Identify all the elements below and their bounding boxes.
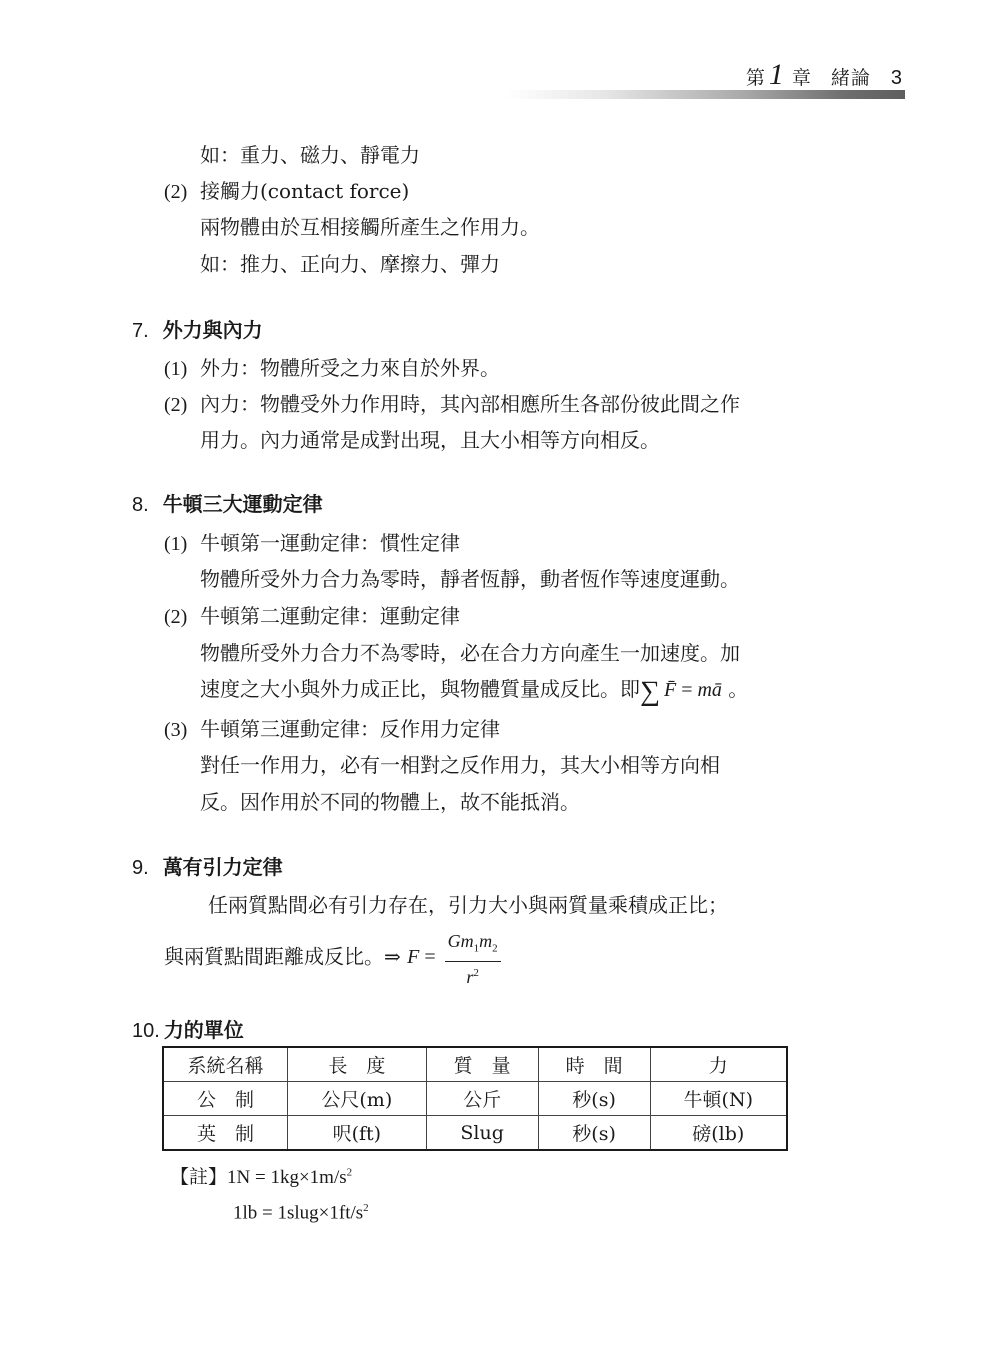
fraction: Gm1m2 r2 xyxy=(445,930,501,988)
item-text: 內力：物體受外力作用時，其內部相應所生各部份彼此間之作 xyxy=(200,392,740,416)
subscript-2: 2 xyxy=(492,943,498,955)
table-header-cell: 時 間 xyxy=(538,1047,650,1082)
table-header-cell: 長 度 xyxy=(288,1047,427,1082)
table-cell: 秒(s) xyxy=(538,1116,650,1151)
section7-item2-cont: 用力。內力通常是成對出現，且大小相等方向相反。 xyxy=(200,427,660,453)
gravitation-formula: F = Gm1m2 r2 xyxy=(407,946,501,968)
force-vector: F̄ xyxy=(664,679,676,701)
item-title: 接觸力(contact force) xyxy=(200,179,409,203)
page-number: 3 xyxy=(891,67,902,90)
note-label: 【註】 xyxy=(170,1167,227,1188)
item-text: 牛頓第二運動定律：運動定律 xyxy=(200,604,460,628)
table-header-cell: 系統名稱 xyxy=(163,1047,288,1082)
table-cell: 公 制 xyxy=(163,1082,288,1116)
section7-item2: (2)內力：物體受外力作用時，其內部相應所生各部份彼此間之作 xyxy=(164,391,740,418)
desc-text: 速度之大小與外力成正比，與物體質量成反比。即 xyxy=(200,677,640,701)
gravitation-para1: 任兩質點間必有引力存在，引力大小與兩質量乘積成正比； xyxy=(208,892,728,918)
section8-item2: (2)牛頓第二運動定律：運動定律 xyxy=(164,603,460,630)
denominator: r2 xyxy=(466,962,479,988)
contact-force-example: 如：推力、正向力、摩擦力、彈力 xyxy=(200,251,500,277)
superscript: 2 xyxy=(363,1202,369,1214)
header-gradient-bar xyxy=(505,90,905,99)
section8-item1-desc: 物體所受外力合力為零時，靜者恆靜，動者恆作等速度運動。 xyxy=(200,566,740,592)
section-title: 外力與內力 xyxy=(163,318,263,342)
item-number: (2) xyxy=(164,604,200,630)
chapter-title: 緒論 xyxy=(831,63,871,90)
equals-sign: = xyxy=(676,679,697,701)
table-header-cell: 質 量 xyxy=(426,1047,538,1082)
constant-g: G xyxy=(448,931,461,951)
sigma-symbol: ∑ xyxy=(640,676,660,707)
item-text: 牛頓第一運動定律：慣性定律 xyxy=(200,531,460,555)
item-text: 外力：物體所受之力來自於外界。 xyxy=(200,356,500,380)
section-heading-9: 9.萬有引力定律 xyxy=(132,851,283,880)
newton-second-law-formula: ∑F̄ = mā xyxy=(640,679,722,701)
item-number: (2) xyxy=(164,392,200,418)
table-cell: 公尺(m) xyxy=(288,1082,427,1116)
numerator: Gm1m2 xyxy=(445,930,501,962)
note-equation: 1lb = 1slug×1ft/s xyxy=(233,1202,363,1223)
table-header-row: 系統名稱 長 度 質 量 時 間 力 xyxy=(163,1047,787,1082)
note-line-1: 【註】1N = 1kg×1m/s2 xyxy=(170,1162,352,1189)
section8-item2-desc2: 速度之大小與外力成正比，與物體質量成反比。即∑F̄ = mā 。 xyxy=(200,676,748,705)
force-symbol: F xyxy=(407,946,419,968)
section-number: 9. xyxy=(132,857,149,879)
table-cell: 公斤 xyxy=(426,1082,538,1116)
section-title: 牛頓三大運動定律 xyxy=(163,492,323,516)
section8-item3-desc: 對任一作用力，必有一相對之反作用力，其大小相等方向相 xyxy=(200,752,720,778)
table-cell: 磅(lb) xyxy=(650,1116,787,1151)
section-heading-8: 8.牛頓三大運動定律 xyxy=(132,488,323,517)
table-cell: 秒(s) xyxy=(538,1082,650,1116)
section-number: 10. xyxy=(132,1020,160,1042)
section-number: 8. xyxy=(132,494,149,516)
item-number: (2) xyxy=(164,179,200,205)
section8-item3: (3)牛頓第三運動定律：反作用力定律 xyxy=(164,716,500,743)
section-heading-10: 10.力的單位 xyxy=(132,1014,244,1043)
section8-item1: (1)牛頓第一運動定律：慣性定律 xyxy=(164,530,460,557)
table-header-cell: 力 xyxy=(650,1047,787,1082)
example-noncontact: 如：重力、磁力、靜電力 xyxy=(200,142,420,168)
note-equation: 1N = 1kg×1m/s xyxy=(227,1167,347,1188)
superscript: 2 xyxy=(347,1167,353,1179)
section-title: 萬有引力定律 xyxy=(163,855,283,879)
equals-sign: = xyxy=(419,946,440,968)
period: 。 xyxy=(722,677,748,701)
chapter-prefix: 第 xyxy=(746,63,765,90)
power-2: 2 xyxy=(473,967,479,979)
table-cell: 英 制 xyxy=(163,1116,288,1151)
item-number: (3) xyxy=(164,717,200,743)
units-table: 系統名稱 長 度 質 量 時 間 力 公 制 公尺(m) 公斤 秒(s) 牛頓(… xyxy=(162,1046,788,1151)
item-contact-force: (2)接觸力(contact force) xyxy=(164,178,409,205)
page-header: 第 1 章 緒論 3 xyxy=(746,60,902,90)
section7-item1: (1)外力：物體所受之力來自於外界。 xyxy=(164,355,500,382)
contact-force-desc: 兩物體由於互相接觸所產生之作用力。 xyxy=(200,214,540,240)
mass-2: m xyxy=(479,931,492,951)
table-cell: Slug xyxy=(426,1116,538,1151)
mass-acceleration: mā xyxy=(697,679,721,701)
table-cell: 呎(ft) xyxy=(288,1116,427,1151)
table-cell: 牛頓(N) xyxy=(650,1082,787,1116)
item-number: (1) xyxy=(164,531,200,557)
section-heading-7: 7.外力與內力 xyxy=(132,314,263,343)
table-row: 英 制 呎(ft) Slug 秒(s) 磅(lb) xyxy=(163,1116,787,1151)
section-number: 7. xyxy=(132,320,149,342)
section8-item2-desc: 物體所受外力合力不為零時，必在合力方向產生一加速度。加 xyxy=(200,640,740,666)
note-line-2: 1lb = 1slug×1ft/s2 xyxy=(233,1202,369,1224)
gravitation-para2: 與兩質點間距離成反比。⇒ F = Gm1m2 r2 xyxy=(164,930,501,988)
mass-1: m xyxy=(461,931,474,951)
chapter-number: 1 xyxy=(769,60,784,90)
item-text: 牛頓第三運動定律：反作用力定律 xyxy=(200,717,500,741)
para-text: 與兩質點間距離成反比。⇒ xyxy=(164,944,401,968)
chapter-suffix: 章 xyxy=(792,63,811,90)
item-number: (1) xyxy=(164,356,200,382)
table-row: 公 制 公尺(m) 公斤 秒(s) 牛頓(N) xyxy=(163,1082,787,1116)
section-title: 力的單位 xyxy=(164,1018,244,1042)
section8-item3-desc2: 反。因作用於不同的物體上，故不能抵消。 xyxy=(200,789,580,815)
